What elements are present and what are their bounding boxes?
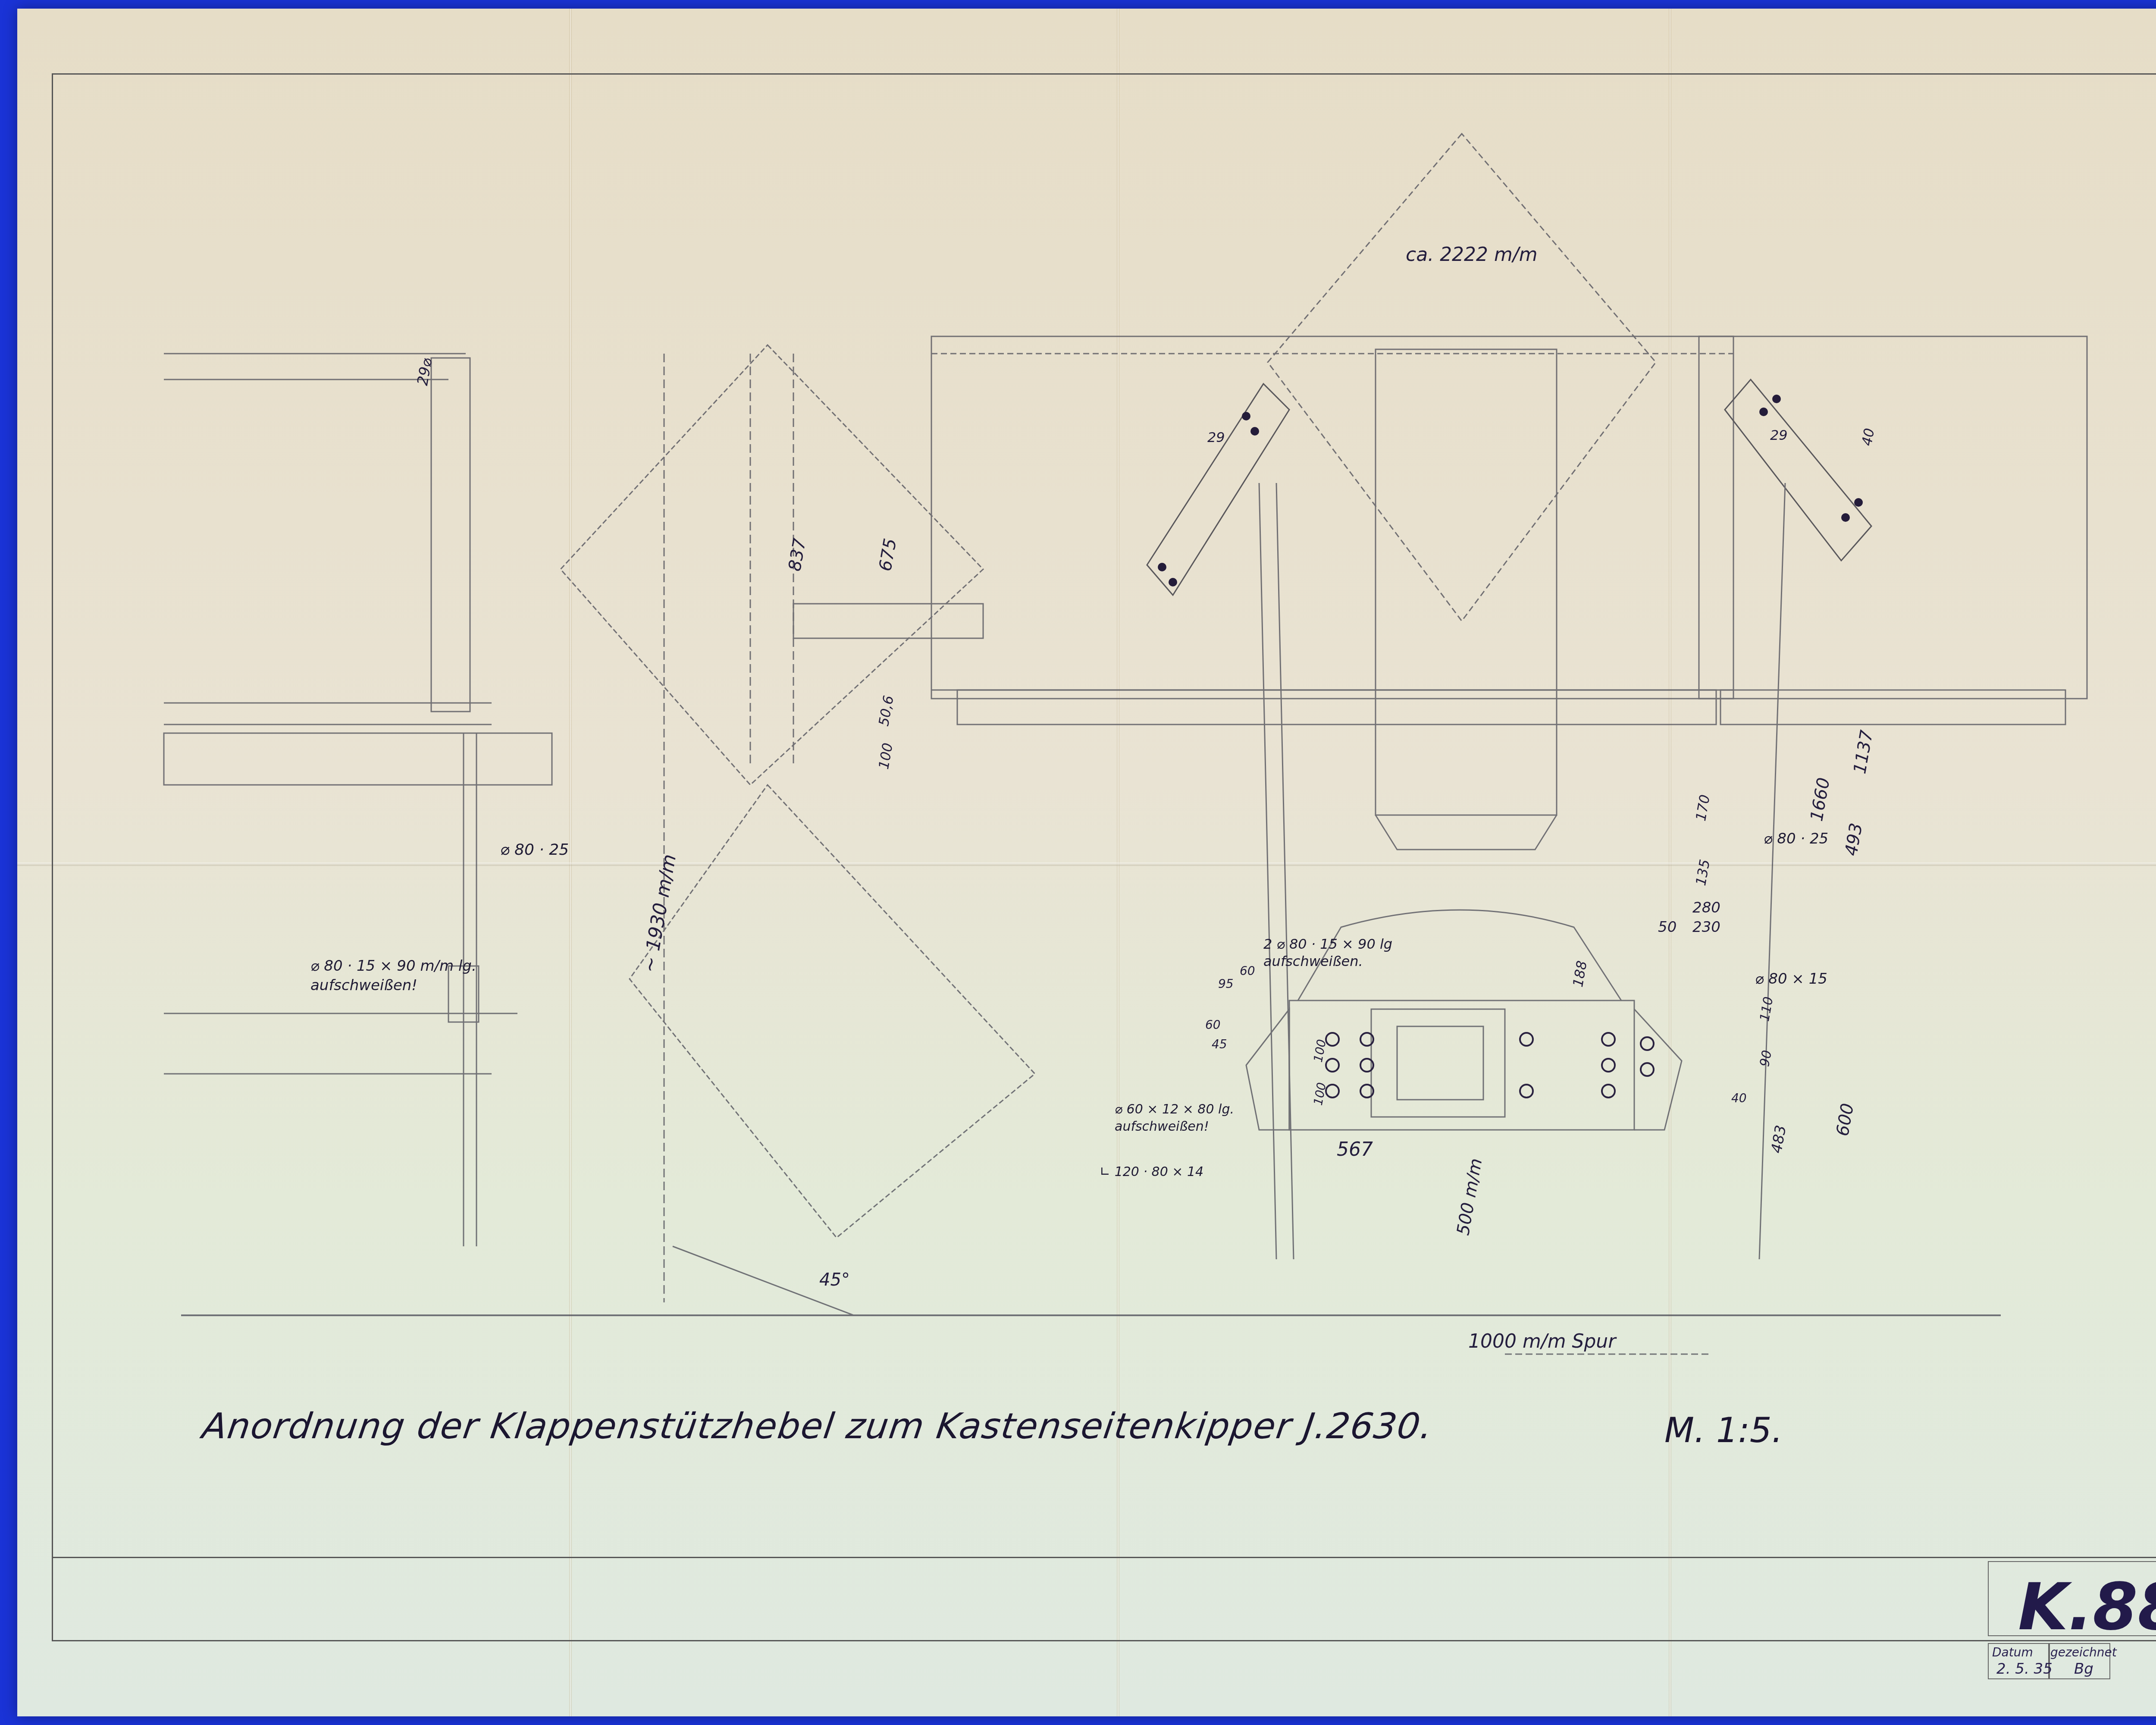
drawing-title: Anordnung der Klappenstützhebel zum Kast…: [200, 1406, 1435, 1447]
gezeichnet-label: gezeichnet: [2050, 1645, 2117, 1659]
dim-40: 40: [1731, 1091, 1747, 1105]
note-flat-bar-80x25-right: ⌀ 80 · 25: [1764, 830, 1828, 847]
note-flat-bar-80x15-left: ⌀ 80 · 15 × 90 m/m lg.: [310, 957, 476, 975]
drawing-sheet: ca. 2222 m/m 1000 m/m Spur ~ 1930 m/m 45…: [17, 9, 2156, 1716]
gezeichnet-initials: Bg: [2074, 1660, 2093, 1678]
dim-hinge-29-left: 29: [1207, 429, 1225, 445]
drawing-scale: M. 1:5.: [1664, 1410, 1783, 1450]
dim-95: 95: [1218, 977, 1234, 991]
note-weld-center: aufschweißen.: [1263, 953, 1363, 969]
datum-label: Datum: [1992, 1645, 2033, 1659]
datum-value: 2. 5. 35: [1996, 1660, 2053, 1678]
dim-hinge-40: 40: [1858, 427, 1877, 447]
dim-90: 90: [1757, 1049, 1775, 1068]
note-weld-left: aufschweißen!: [310, 977, 417, 994]
track-gauge-label: 1000 m/m Spur: [1468, 1330, 1616, 1352]
dim-45: 45: [1212, 1037, 1227, 1051]
note-flat-bar-80x25-left: ⌀ 80 · 25: [500, 841, 569, 859]
top-width-label: ca. 2222 m/m: [1406, 244, 1538, 266]
technical-drawing-lines: [17, 9, 2156, 1716]
note-weld-center-2: aufschweißen!: [1115, 1119, 1209, 1134]
dim-230: 230: [1692, 919, 1720, 936]
dim-hinge-29-right: 29: [1770, 427, 1788, 443]
note-angle-120x80x14: ∟ 120 · 80 × 14: [1100, 1164, 1203, 1179]
dim-60-b: 60: [1205, 1018, 1221, 1032]
dim-bracket-567: 567: [1337, 1138, 1373, 1160]
note-flat-bar-80x15-right: ⌀ 80 × 15: [1755, 970, 1827, 988]
note-2-flat-bar: 2 ⌀ 80 · 15 × 90 lg: [1263, 936, 1392, 952]
dim-50: 50: [1658, 919, 1677, 936]
angle-label: 45°: [819, 1270, 850, 1290]
dim-280: 280: [1692, 899, 1720, 916]
dim-60: 60: [1240, 964, 1255, 978]
drawing-number: K.881.: [2018, 1570, 2156, 1645]
note-flat-bar-60x12: ⌀ 60 × 12 × 80 lg.: [1115, 1102, 1234, 1117]
